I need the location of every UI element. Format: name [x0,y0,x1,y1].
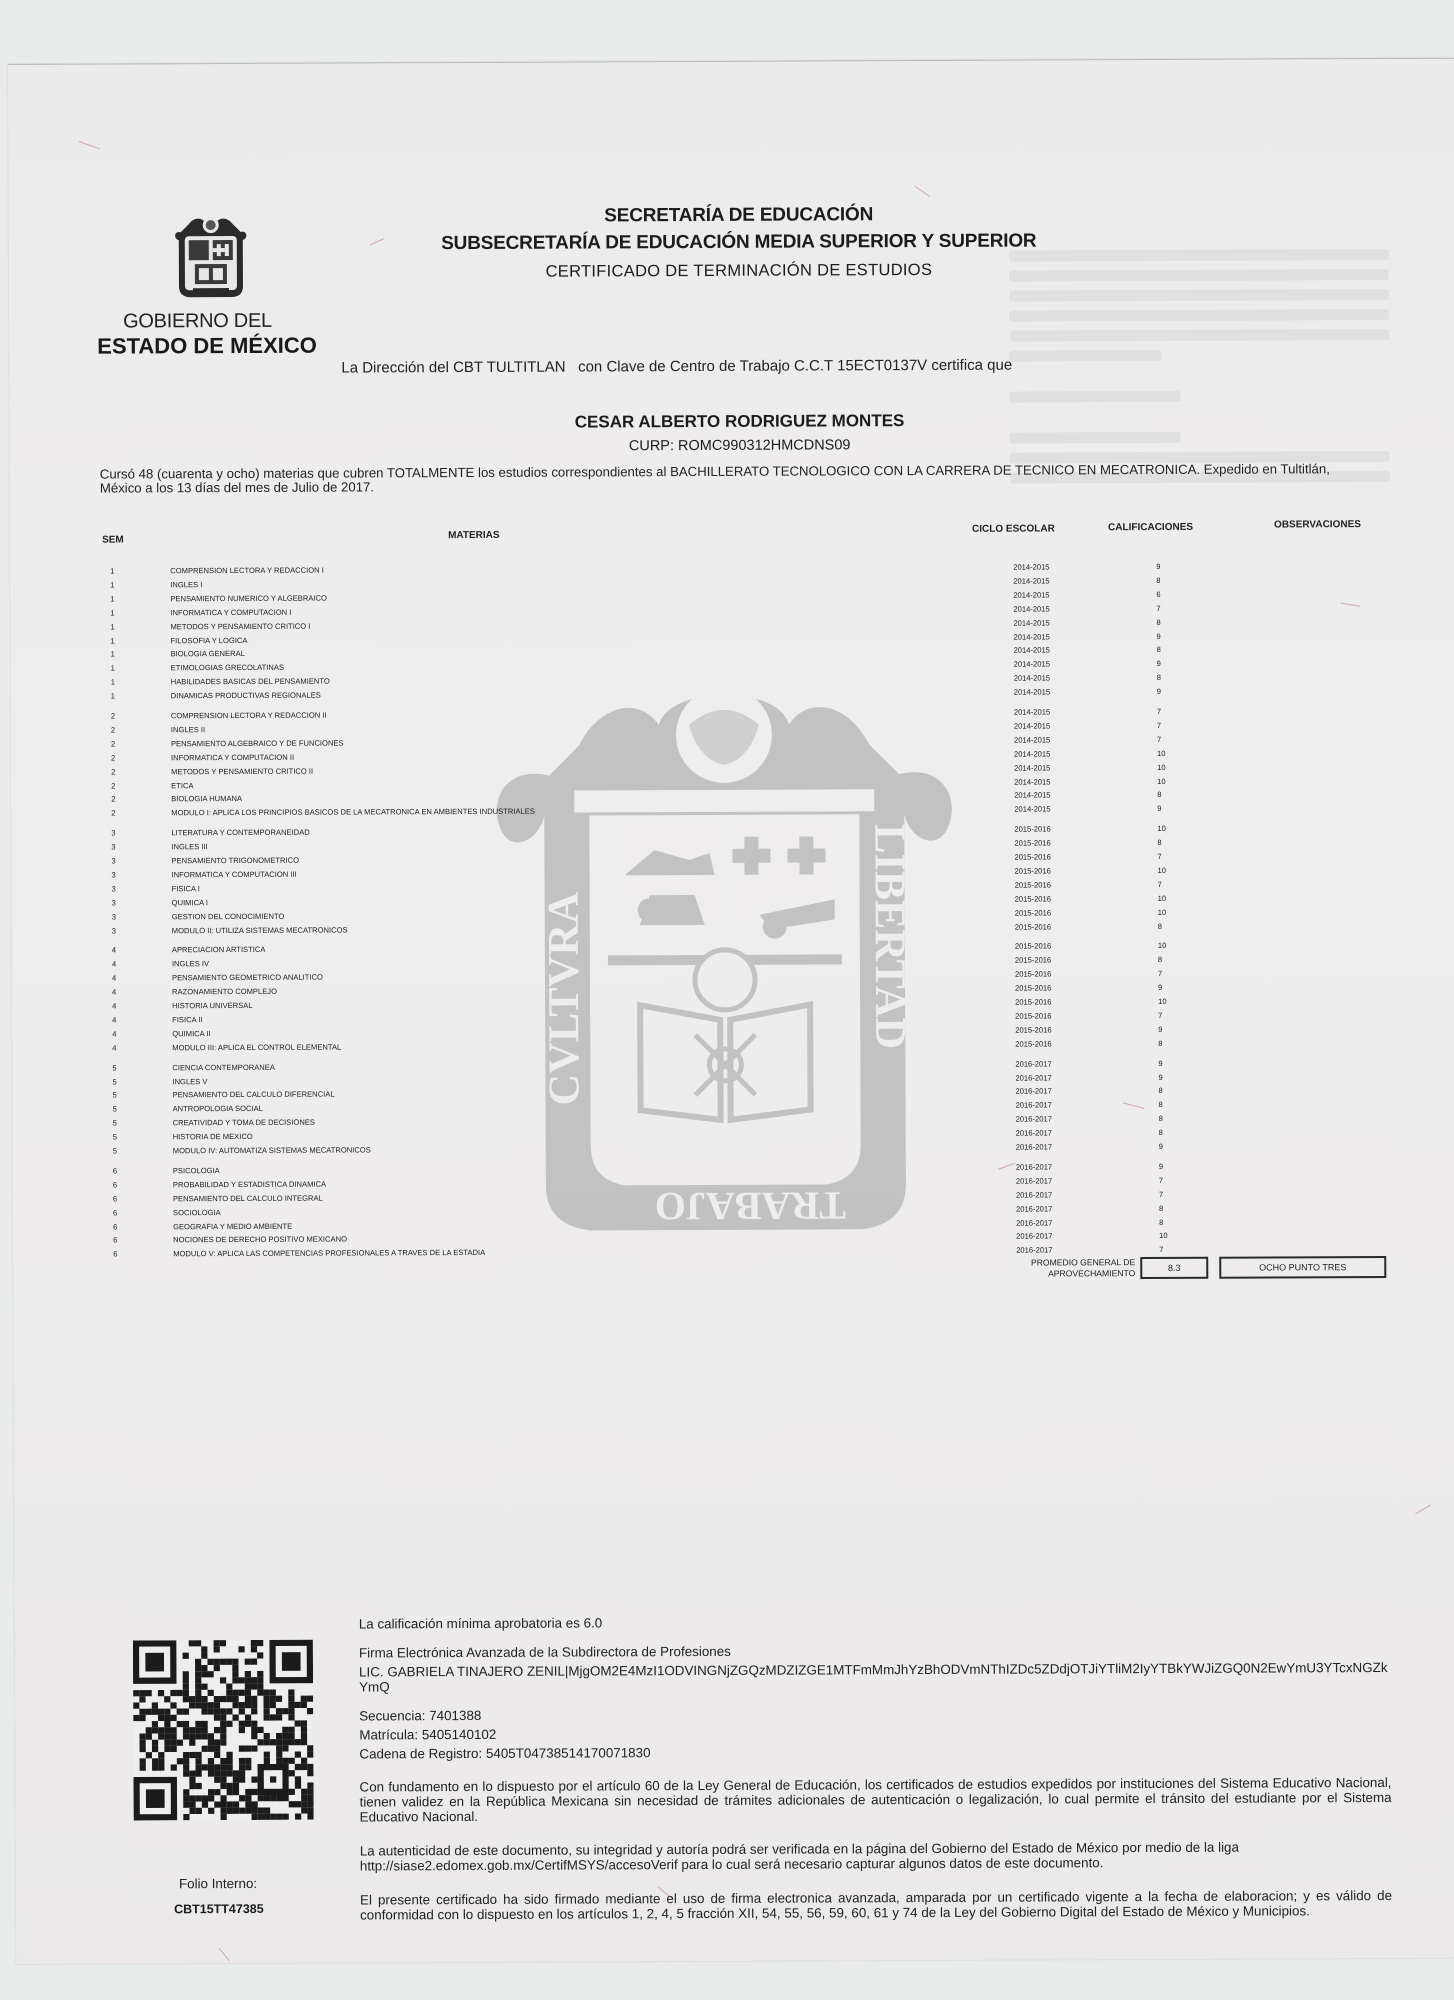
cell-cal: 10 [1157,774,1177,787]
cell-materia: COMPRENSION LECTORA Y REDACCION I [170,564,324,578]
cell-materia: MODULO V: APLICA LAS COMPETENCIAS PROFES… [173,1246,485,1260]
cell-materia: PENSAMIENTO ALGEBRAICO Y DE FUNCIONES [171,736,344,750]
cell-ciclo: 2014-2015 [1013,588,1049,601]
cell-sem: 1 [110,606,122,619]
cell-cal: 10 [1157,822,1177,835]
cell-sem: 1 [111,676,123,689]
gobierno-line2: ESTADO DE MÉXICO [97,333,337,360]
cell-sem: 6 [113,1248,125,1261]
cell-ciclo: 2016-2017 [1016,1216,1052,1229]
cell-cal: 8 [1159,1112,1179,1125]
gobierno-line1: GOBIERNO DEL [97,310,337,334]
cell-ciclo: 2015-2016 [1015,906,1051,919]
folio-label: Folio Interno: [179,1876,257,1891]
cell-sem: 6 [113,1164,125,1177]
cell-sem: 1 [111,662,123,675]
cell-sem: 4 [112,1027,124,1040]
cell-ciclo: 2014-2015 [1014,789,1050,802]
cell-cal: 10 [1159,1229,1179,1242]
authenticity-paragraph: La autenticidad de este documento, su in… [360,1839,1392,1874]
cell-sem: 3 [111,855,123,868]
cell-ciclo: 2014-2015 [1013,602,1049,615]
cell-ciclo: 2015-2016 [1014,823,1050,836]
cell-materia: INFORMATICA Y COMPUTACION III [172,868,297,882]
certificate-footer: La calificación mínima aprobatoria es 6.… [359,1612,1392,1923]
cell-materia: HABILIDADES BASICAS DEL PENSAMIENTO [171,675,330,689]
cell-ciclo: 2015-2016 [1015,1023,1051,1036]
student-name: CESAR ALBERTO RODRIGUEZ MONTES [390,410,1090,433]
cell-cal: 9 [1158,981,1178,994]
svg-text:TRABAJO: TRABAJO [655,1183,846,1229]
cell-sem: 1 [110,565,122,578]
cell-sem: 5 [113,1117,125,1130]
cell-sem: 6 [113,1206,125,1219]
cell-cal: 9 [1156,560,1176,573]
cell-ciclo: 2014-2015 [1014,644,1050,657]
cell-ciclo: 2015-2016 [1015,864,1051,877]
col-header-sem: SEM [102,534,124,545]
cadena-registro: Cadena de Registro: 5405T047385141700718… [359,1742,1391,1762]
cell-materia: ANTROPOLOGIA SOCIAL [173,1102,263,1115]
cell-materia: PSICOLOGIA [173,1164,220,1177]
cell-ciclo: 2016-2017 [1015,1071,1051,1084]
cell-ciclo: 2016-2017 [1016,1188,1052,1201]
cell-cal: 8 [1157,836,1177,849]
secuencia: Secuencia: 7401388 [359,1704,1391,1724]
cell-sem: 6 [113,1192,125,1205]
cell-ciclo: 2014-2015 [1014,705,1050,718]
cell-cal: 9 [1157,657,1177,670]
cell-cal: 8 [1157,671,1177,684]
cell-materia: QUIMICA II [172,1027,210,1040]
cell-materia: MODULO III: APLICA EL CONTROL ELEMENTAL [172,1040,341,1054]
cell-cal: 9 [1156,629,1176,642]
cell-cal: 7 [1157,850,1177,863]
cell-cal: 10 [1157,760,1177,773]
cell-materia: QUIMICA I [172,896,208,909]
cell-cal: 8 [1159,1098,1179,1111]
cell-ciclo: 2016-2017 [1016,1113,1052,1126]
cell-ciclo: 2016-2017 [1015,1085,1051,1098]
cell-ciclo: 2016-2017 [1015,1057,1051,1070]
course-statement: Cursó 48 (cuarenta y ocho) materias que … [100,462,1365,496]
cell-sem: 3 [112,924,124,937]
cell-ciclo: 2016-2017 [1016,1127,1052,1140]
cell-materia: INGLES II [171,723,205,736]
estado-de-mexico-crest-icon [171,212,251,302]
cell-ciclo: 2016-2017 [1016,1140,1052,1153]
student-info: CESAR ALBERTO RODRIGUEZ MONTES CURP: ROM… [390,410,1090,455]
cell-materia: GESTION DEL CONOCIMIENTO [172,909,285,922]
matricula: Matrícula: 5405140102 [359,1723,1391,1743]
cell-ciclo: 2014-2015 [1014,733,1050,746]
cell-ciclo: 2015-2016 [1014,850,1050,863]
cell-sem: 6 [113,1178,125,1191]
cell-cal: 8 [1156,574,1176,587]
cell-sem: 1 [110,592,122,605]
cell-sem: 2 [111,779,123,792]
cell-sem: 1 [111,690,123,703]
cell-sem: 2 [111,807,123,820]
cell-sem: 4 [112,1041,124,1054]
cell-materia: ETIMOLOGIAS GRECOLATINAS [171,661,284,674]
svg-text:CVLTVRA: CVLTVRA [539,892,589,1106]
cell-materia: FISICA II [172,1013,202,1026]
cell-materia: METODOS Y PENSAMIENTO CRITICO II [171,764,313,778]
cell-cal: 8 [1158,919,1178,932]
cell-cal: 10 [1158,864,1178,877]
reverse-side-showthrough [1009,249,1390,493]
cell-sem: 5 [112,1061,124,1074]
cell-sem: 2 [111,793,123,806]
col-header-calificaciones: CALIFICACIONES [1108,522,1193,533]
cell-cal: 10 [1158,995,1178,1008]
cell-sem: 4 [112,1013,124,1026]
cell-ciclo: 2016-2017 [1016,1099,1052,1112]
student-curp: CURP: ROMC990312HMCDNS09 [390,436,1090,455]
cell-cal: 10 [1158,939,1178,952]
cell-materia: CREATIVIDAD Y TOMA DE DECISIONES [173,1116,315,1130]
secretaria-title: SECRETARÍA DE EDUCACIÓN [389,203,1089,228]
cell-materia: BIOLOGIA HUMANA [171,792,242,805]
cell-materia: INGLES III [171,840,207,853]
cell-materia: INFORMATICA Y COMPUTACION I [170,605,291,619]
cell-cal: 7 [1158,1009,1178,1022]
cell-sem: 1 [110,620,122,633]
cell-sem: 3 [111,841,123,854]
cell-ciclo: 2015-2016 [1015,1009,1051,1022]
cell-ciclo: 2014-2015 [1014,803,1050,816]
cell-sem: 2 [111,765,123,778]
cell-sem: 3 [112,910,124,923]
cell-materia: SOCIOLOGIA [173,1206,221,1219]
firma-title: Firma Electrónica Avanzada de la Subdire… [359,1641,1391,1661]
cell-cal: 6 [1156,588,1176,601]
cell-materia: METODOS Y PENSAMIENTO CRITICO I [170,619,310,633]
cell-cal: 9 [1157,685,1177,698]
cell-cal: 7 [1159,1243,1179,1256]
cell-sem: 6 [113,1220,125,1233]
electronic-signature: LIC. GABRIELA TINAJERO ZENIL|MjgOM2E4MzI… [359,1660,1391,1695]
cell-ciclo: 2015-2016 [1015,995,1051,1008]
cell-materia: APRECIACION ARTISTICA [172,943,266,956]
cell-cal: 8 [1158,1037,1178,1050]
cell-materia: BIOLOGIA GENERAL [171,647,245,660]
svg-text:LIBERTAD: LIBERTAD [865,824,915,1049]
direccion-statement: La Dirección del CBT TULTITLAN con Clave… [341,357,1012,377]
cell-materia: GEOGRAFIA Y MEDIO AMBIENTE [173,1219,292,1233]
cell-cal: 7 [1158,878,1178,891]
cell-ciclo: 2014-2015 [1014,761,1050,774]
cell-cal: 7 [1159,1188,1179,1201]
cell-cal: 9 [1159,1140,1179,1153]
cell-cal: 9 [1158,1070,1178,1083]
cell-cal: 7 [1157,733,1177,746]
cell-ciclo: 2016-2017 [1016,1174,1052,1187]
cell-materia: CIENCIA CONTEMPORANEA [172,1060,275,1073]
cell-ciclo: 2014-2015 [1013,560,1049,573]
cell-ciclo: 2014-2015 [1014,747,1050,760]
cell-materia: COMPRENSION LECTORA Y REDACCION II [171,709,327,723]
cell-ciclo: 2015-2016 [1014,837,1050,850]
cell-materia: MODULO IV: AUTOMATIZA SISTEMAS MECATRONI… [173,1143,371,1157]
cell-ciclo: 2015-2016 [1015,892,1051,905]
cell-sem: 3 [112,896,124,909]
cell-materia: PENSAMIENTO GEOMETRICO ANALITICO [172,971,323,985]
cell-cal: 7 [1157,705,1177,718]
cell-ciclo: 2015-2016 [1015,954,1051,967]
promedio-words: OCHO PUNTO TRES [1219,1256,1386,1279]
cell-materia: PROBABILIDAD Y ESTADISTICA DINAMICA [173,1177,326,1191]
cell-cal: 9 [1158,1023,1178,1036]
electronic-signature-paragraph: El presente certificado ha sido firmado … [360,1888,1392,1923]
cell-materia: DINAMICAS PRODUCTIVAS REGIONALES [171,689,321,703]
cell-cal: 8 [1158,953,1178,966]
cell-ciclo: 2016-2017 [1016,1160,1052,1173]
cell-materia: PENSAMIENTO TRIGONOMETRICO [171,854,299,868]
cell-ciclo: 2014-2015 [1013,630,1049,643]
cell-sem: 2 [111,710,123,723]
cell-sem: 1 [110,578,122,591]
cell-ciclo: 2014-2015 [1014,775,1050,788]
cell-cal: 8 [1159,1126,1179,1139]
cell-cal: 9 [1159,1160,1179,1173]
cell-sem: 6 [113,1234,125,1247]
cell-sem: 3 [111,827,123,840]
document-header: SECRETARÍA DE EDUCACIÓN SUBSECRETARÍA DE… [389,203,1089,282]
cell-sem: 1 [110,634,122,647]
cell-materia: MODULO II: UTILIZA SISTEMAS MECATRONICOS [172,923,348,937]
cell-ciclo: 2015-2016 [1015,982,1051,995]
cell-materia: HISTORIA UNIVERSAL [172,999,253,1012]
cell-materia: PENSAMIENTO DEL CALCULO INTEGRAL [173,1191,323,1205]
cell-materia: FILOSOFIA Y LOGICA [170,633,247,646]
cell-sem: 5 [112,1089,124,1102]
cell-sem: 4 [112,1000,124,1013]
legal-basis-paragraph: Con fundamento en lo dispuesto por el ar… [359,1775,1391,1825]
cell-sem: 4 [112,958,124,971]
cell-materia: INFORMATICA Y COMPUTACION II [171,750,294,764]
cell-sem: 4 [112,944,124,957]
promedio-value: 8.3 [1140,1257,1208,1279]
cell-sem: 3 [112,868,124,881]
cell-cal: 9 [1157,802,1177,815]
cell-ciclo: 2014-2015 [1014,686,1050,699]
cell-cal: 8 [1157,643,1177,656]
certificate-page: CVLTVRA LIBERTAD TRABAJO GOBIERNO DEL ES… [8,58,1454,1964]
cell-materia: PENSAMIENTO DEL CALCULO DIFERENCIAL [172,1088,334,1102]
folio-value: CBT15TT47385 [174,1902,264,1916]
estado-de-mexico-crest-watermark: CVLTVRA LIBERTAD TRABAJO [489,664,962,1241]
government-name: GOBIERNO DEL ESTADO DE MÉXICO [97,310,337,360]
document-title: CERTIFICADO DE TERMINACIÓN DE ESTUDIOS [389,260,1089,282]
cell-materia: INGLES IV [172,957,209,970]
cell-sem: 4 [112,986,124,999]
cell-ciclo: 2015-2016 [1015,920,1051,933]
cell-materia: ETICA [171,779,193,792]
cell-cal: 10 [1158,905,1178,918]
cell-ciclo: 2014-2015 [1014,719,1050,732]
cell-ciclo: 2014-2015 [1013,574,1049,587]
cell-materia: INGLES I [170,578,202,591]
cell-cal: 8 [1159,1201,1179,1214]
cell-ciclo: 2014-2015 [1013,616,1049,629]
cell-cal: 7 [1157,719,1177,732]
cell-materia: HISTORIA DE MEXICO [173,1130,253,1143]
cell-ciclo: 2016-2017 [1016,1244,1052,1257]
cell-materia: PENSAMIENTO NUMERICO Y ALGEBRAICO [170,591,327,605]
cell-ciclo: 2015-2016 [1015,940,1051,953]
subsecretaria-title: SUBSECRETARÍA DE EDUCACIÓN MEDIA SUPERIO… [389,230,1089,255]
cell-sem: 2 [111,723,123,736]
cell-ciclo: 2015-2016 [1015,878,1051,891]
cell-sem: 5 [113,1131,125,1144]
cell-materia: FISICA I [172,882,200,895]
col-header-materias: MATERIAS [448,530,500,541]
cell-ciclo: 2014-2015 [1014,672,1050,685]
cell-ciclo: 2014-2015 [1014,658,1050,671]
cell-cal: 8 [1156,616,1176,629]
promedio-label: PROMEDIO GENERAL DE APROVECHAMIENTO [1011,1257,1135,1280]
cell-sem: 4 [112,972,124,985]
col-header-observaciones: OBSERVACIONES [1274,519,1361,530]
cell-cal: 10 [1158,892,1178,905]
cell-sem: 2 [111,737,123,750]
cell-sem: 3 [112,882,124,895]
cell-cal: 9 [1158,1056,1178,1069]
cell-cal: 7 [1159,1174,1179,1187]
cell-sem: 2 [111,751,123,764]
qr-code-icon [133,1640,314,1821]
cell-sem: 1 [111,648,123,661]
cell-sem: 5 [113,1145,125,1158]
cell-cal: 8 [1158,1084,1178,1097]
cell-materia: NOCIONES DE DERECHO POSITIVO MEXICANO [173,1233,347,1247]
cell-sem: 5 [113,1103,125,1116]
cell-cal: 8 [1159,1215,1179,1228]
cell-ciclo: 2015-2016 [1015,1037,1051,1050]
cell-cal: 7 [1156,602,1176,615]
cell-sem: 5 [112,1075,124,1088]
cell-ciclo: 2015-2016 [1015,968,1051,981]
cell-ciclo: 2016-2017 [1016,1230,1052,1243]
cell-materia: MODULO I: APLICA LOS PRINCIPIOS BASICOS … [171,805,535,820]
cell-materia: RAZONAMIENTO COMPLEJO [172,985,277,998]
cell-ciclo: 2016-2017 [1016,1202,1052,1215]
cell-cal: 10 [1157,747,1177,760]
cell-cal: 8 [1157,788,1177,801]
minimum-grade-note: La calificación mínima aprobatoria es 6.… [359,1612,1391,1632]
cell-cal: 7 [1158,967,1178,980]
cell-materia: LITERATURA Y CONTEMPORANEIDAD [171,826,309,840]
cell-materia: INGLES V [172,1075,207,1088]
col-header-ciclo: CICLO ESCOLAR [972,523,1055,534]
